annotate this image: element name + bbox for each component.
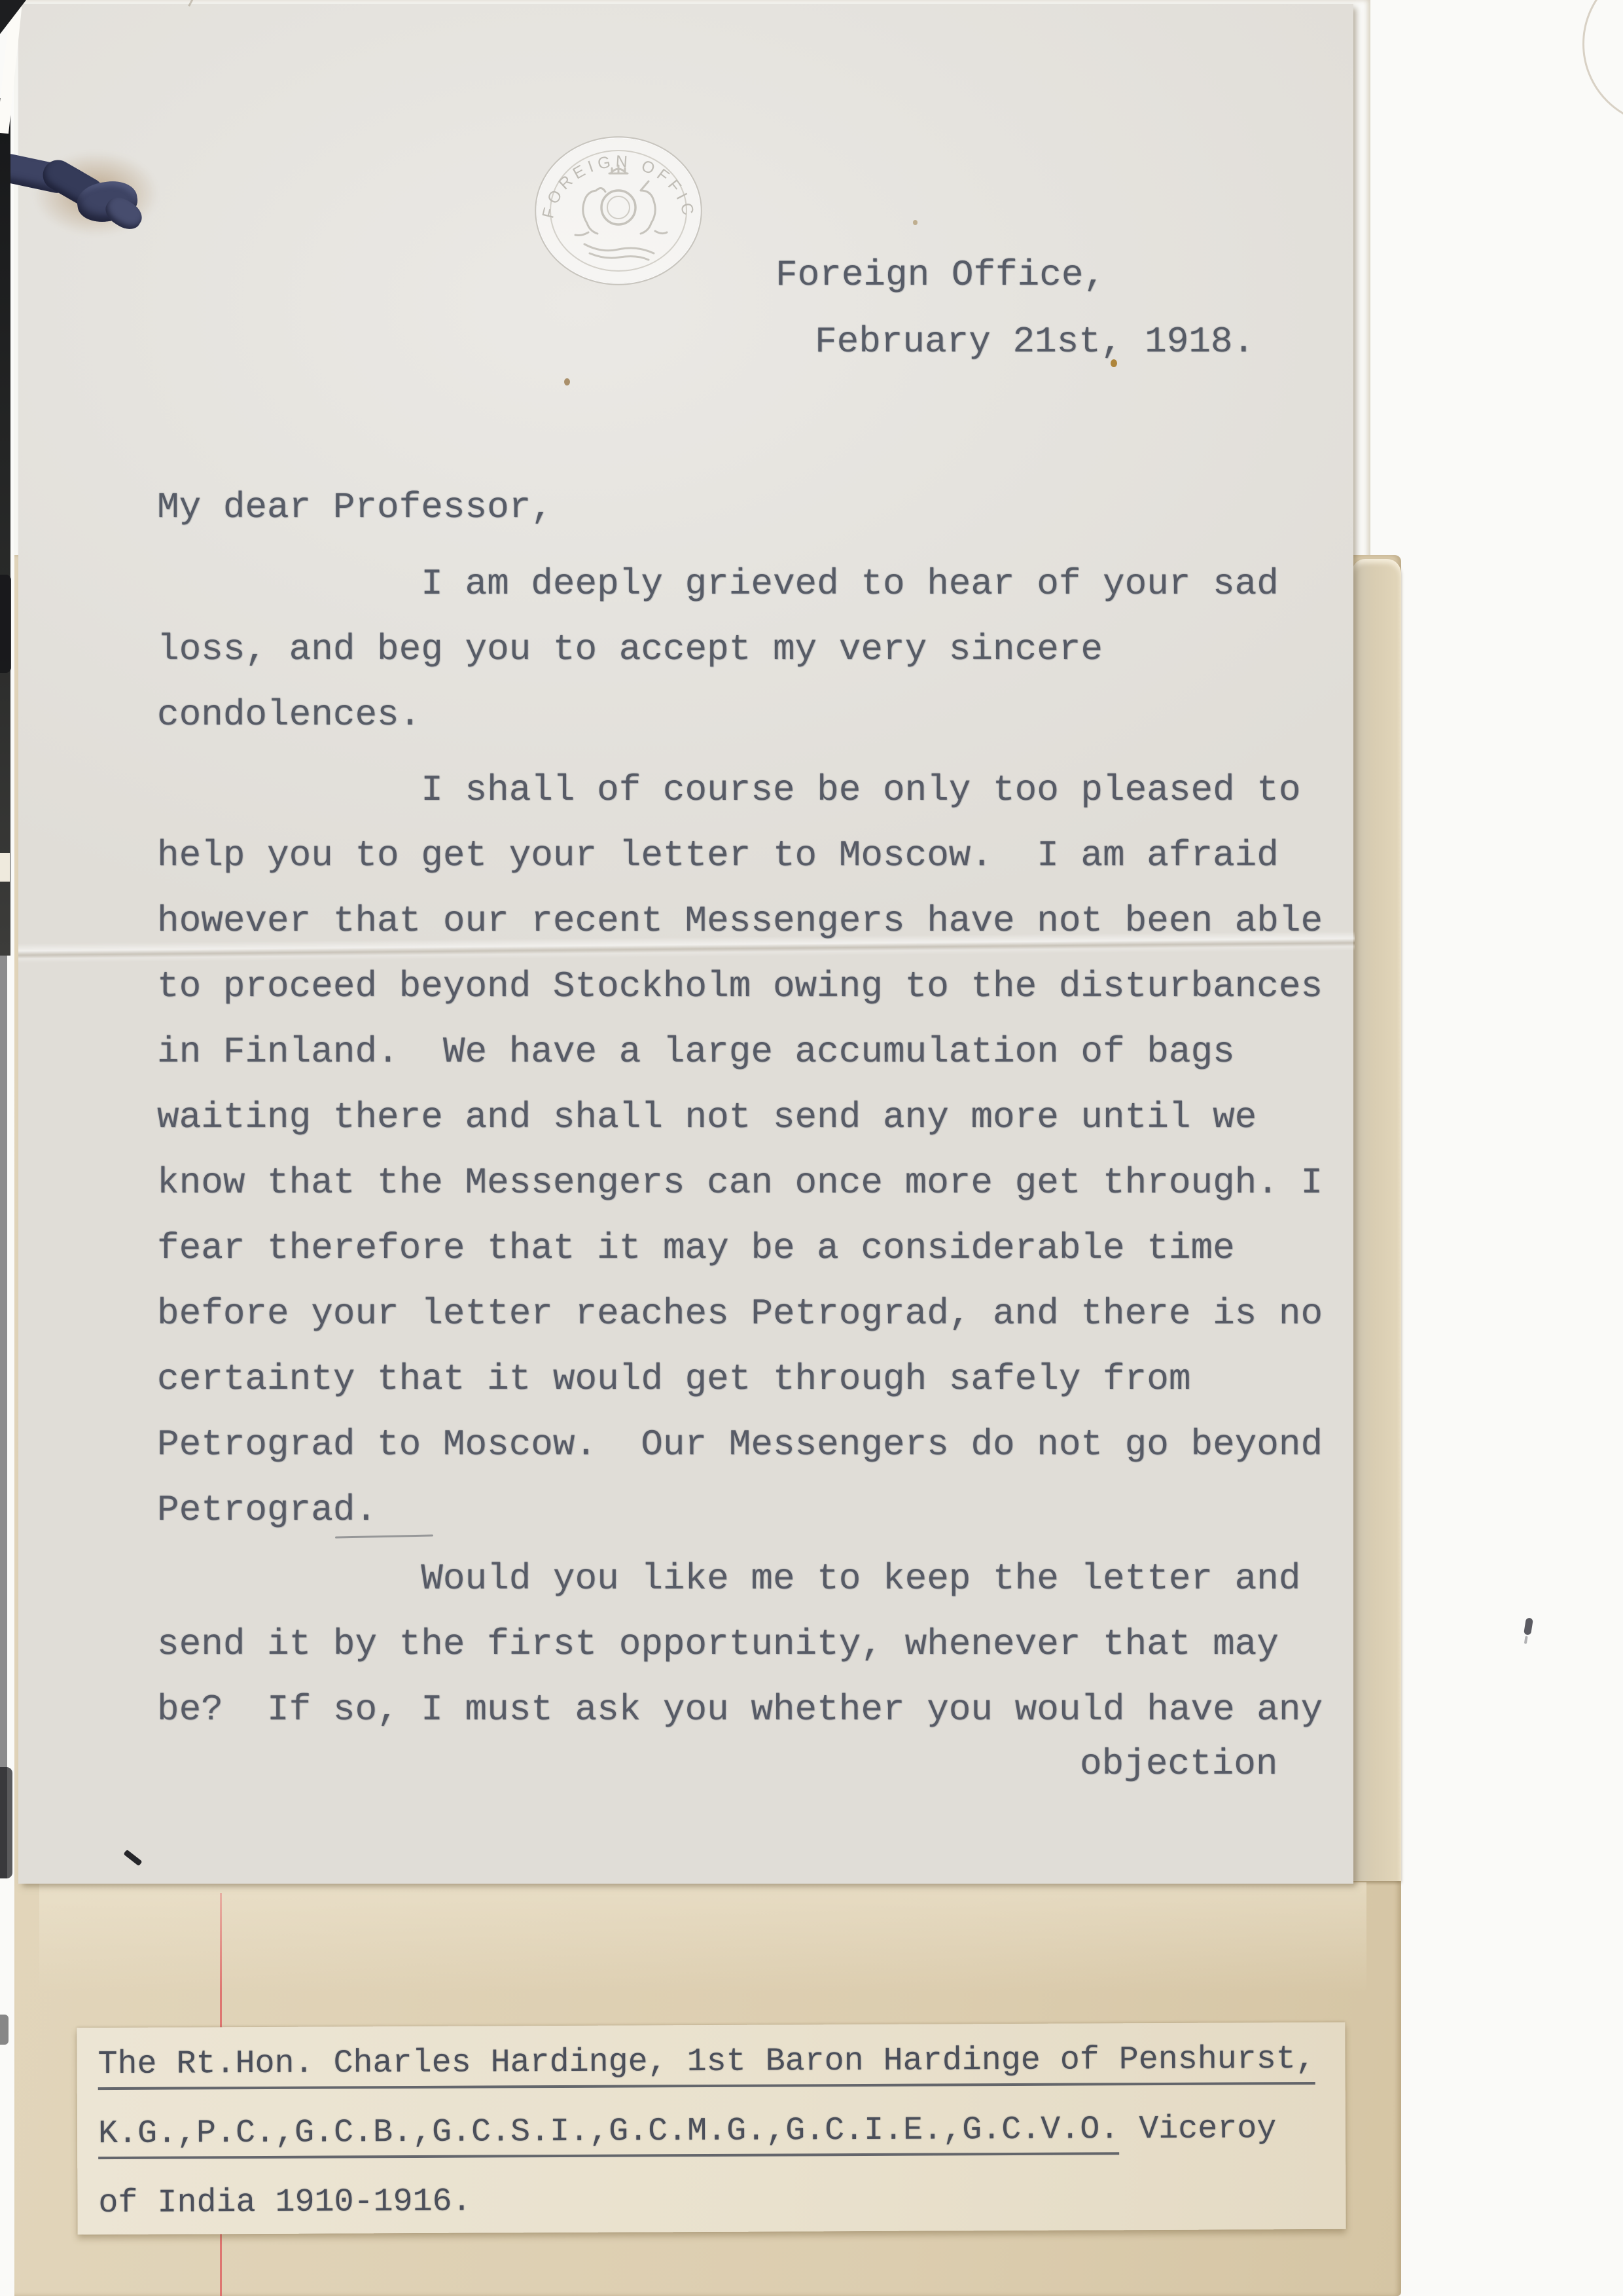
letter-line: before your letter reaches Petrograd, an… (157, 1281, 1323, 1346)
caption-line-3: of India 1910-1916. (98, 2174, 471, 2232)
under-sheet-band (39, 1882, 1366, 1992)
letter-line: help you to get your letter to Moscow. I… (157, 823, 1279, 888)
letter-line: however that our recent Messengers have … (157, 888, 1323, 954)
caption-honours: K.G.,P.C.,G.C.B.,G.C.S.I.,G.C.M.G.,G.C.I… (98, 2111, 1120, 2159)
foxing-speck (564, 378, 570, 386)
paper-curl-arc (1582, 0, 1623, 126)
foxing-speck (1111, 359, 1117, 367)
caption-line-2: K.G.,P.C.,G.C.B.,G.C.S.I.,G.C.M.G.,G.C.I… (98, 2101, 1277, 2162)
gutter-dark-blob (0, 1767, 12, 1878)
letter-line: condolences. (157, 682, 421, 747)
letter-line: send it by the first opportunity, whenev… (157, 1611, 1279, 1677)
gutter-notch (0, 853, 10, 882)
letter-line: waiting there and shall not send any mor… (157, 1085, 1257, 1150)
salutation: My dear Professor, (157, 475, 553, 540)
caption-viceroy: Viceroy (1119, 2110, 1276, 2148)
letter-line: Petrograd to Moscow. Our Messengers do n… (157, 1412, 1323, 1477)
letter-line: Would you like me to keep the letter and (157, 1546, 1300, 1611)
letter-line: I shall of course be only too pleased to (157, 757, 1300, 823)
catchword-objection: objection (1080, 1731, 1277, 1797)
embossed-royal-seal: FOREIGN OFFICE (533, 134, 704, 287)
letterhead-date: February 21st, 1918. (815, 309, 1255, 374)
letter-line: know that the Messengers can once more g… (157, 1150, 1323, 1215)
letter-line: certainty that it would get through safe… (157, 1346, 1190, 1412)
ink-speck (1524, 1617, 1533, 1635)
letter-line: loss, and beg you to accept my very sinc… (157, 617, 1103, 682)
scan-gutter-shadow-lower (0, 956, 7, 1878)
letter-line: to proceed beyond Stockholm owing to the… (157, 954, 1323, 1019)
letter-line: Petrograd. (157, 1477, 377, 1543)
scan-corner-shadow (0, 0, 26, 34)
gutter-dark-blob (0, 2015, 9, 2045)
letter-line: fear therefore that it may be a consider… (157, 1215, 1235, 1281)
gutter-dark-blob (0, 575, 11, 673)
caption-slip: The Rt.Hon. Charles Hardinge, 1st Baron … (77, 2022, 1346, 2234)
letter-line: I am deeply grieved to hear of your sad (157, 551, 1279, 617)
foxing-speck (913, 220, 918, 225)
letterhead-office: Foreign Office, (776, 242, 1105, 308)
letter-line: in Finland. We have a large accumulation… (157, 1019, 1235, 1085)
scanned-letter-page: { "document": { "kind": "typed letter, F… (0, 0, 1623, 2296)
caption-line-1-text: The Rt.Hon. Charles Hardinge, 1st Baron … (98, 2041, 1315, 2090)
scan-gutter-shadow (0, 98, 10, 956)
caption-line-1: The Rt.Hon. Charles Hardinge, 1st Baron … (98, 2032, 1315, 2093)
second-page-edge (1352, 559, 1401, 1881)
